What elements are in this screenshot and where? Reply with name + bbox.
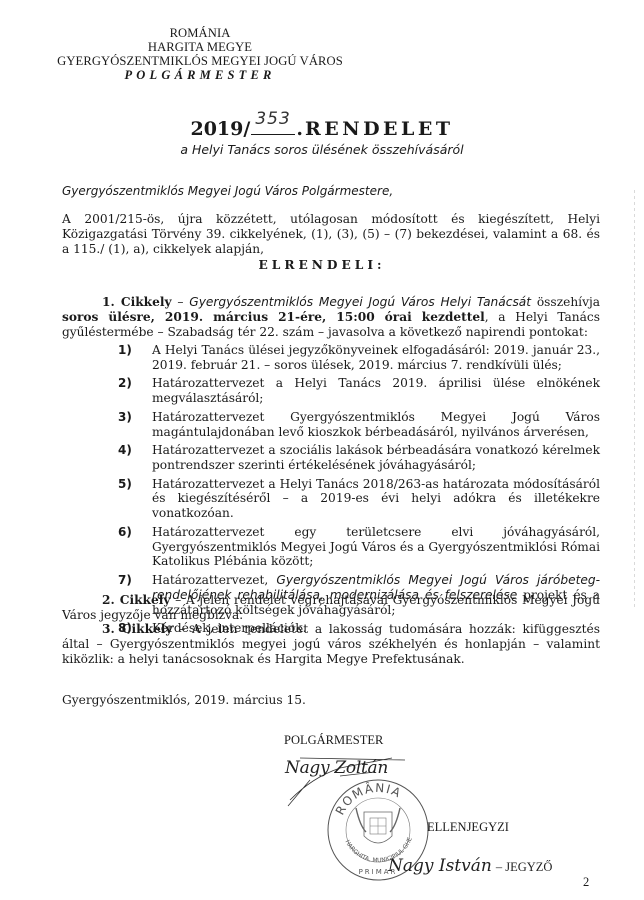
agenda-item-number: 3) xyxy=(118,410,152,440)
article-1-dash: – xyxy=(172,295,190,309)
page-number: 2 xyxy=(583,875,589,890)
agenda-item-text: Határozattervezet a Helyi Tanács 2019. á… xyxy=(152,376,600,406)
legal-basis-paragraph: A 2001/215-ös, újra közzétett, utólagosa… xyxy=(62,212,600,256)
letterhead-county: HARGITA MEGYE xyxy=(0,40,400,54)
agenda-item-number: 4) xyxy=(118,443,152,473)
agenda-item-number: 6) xyxy=(118,525,152,569)
article-1-subject: Gyergyószentmiklós Megyei Jogú Város Hel… xyxy=(189,295,531,309)
decree-number-field: 353 xyxy=(251,118,295,135)
mayor-signature-name: Nagy Zoltán xyxy=(285,758,388,778)
notary-name: Nagy István xyxy=(388,856,492,876)
agenda-item-text: A Helyi Tanács ülései jegyzőkönyveinek e… xyxy=(152,343,600,373)
notary-signature: Nagy István– JEGYZŐ xyxy=(388,856,552,876)
letterhead-country: ROMÁNIA xyxy=(0,26,400,40)
article-1-text1: összehívja xyxy=(531,295,600,309)
agenda-item: 3)Határozattervezet Gyergyószentmiklós M… xyxy=(118,410,600,440)
agenda-item-number: 1) xyxy=(118,343,152,373)
title-dot: . xyxy=(296,118,303,140)
article-1: 1. Cikkely – Gyergyószentmiklós Megyei J… xyxy=(62,295,600,339)
handwritten-decree-number: 353 xyxy=(255,108,290,130)
agenda-item-number: 5) xyxy=(118,477,152,521)
agenda-item: 4)Határozattervezet a szociális lakások … xyxy=(118,443,600,473)
agenda-item-text: Határozattervezet a Helyi Tanács 2018/26… xyxy=(152,477,600,521)
article-3-label: 3. Cikkely xyxy=(102,622,172,636)
title-year: 2019/ xyxy=(190,118,250,140)
document-subtitle: a Helyi Tanács soros ülésének összehívás… xyxy=(0,142,644,157)
agenda-item-text: Határozattervezet egy területcsere elvi … xyxy=(152,525,600,569)
agenda-item-text: Határozattervezet Gyergyószentmiklós Meg… xyxy=(152,410,600,440)
agenda-item-number: 2) xyxy=(118,376,152,406)
agenda-item: 1)A Helyi Tanács ülései jegyzőkönyveinek… xyxy=(118,343,600,373)
agenda-item-text: Határozattervezet a szociális lakások bé… xyxy=(152,443,600,473)
article-3: 3. Cikkely – A jelen rendeletet a lakoss… xyxy=(62,622,600,666)
document-title: 2019/353.RENDELET xyxy=(0,118,644,140)
article-2: 2. Cikkely – A jelen rendelet végrehajtá… xyxy=(62,593,600,623)
letterhead: ROMÁNIA HARGITA MEGYE GYERGYÓSZENTMIKLÓS… xyxy=(0,26,400,82)
mayor-title: POLGÁRMESTER xyxy=(284,733,383,748)
addressee: Gyergyószentmiklós Megyei Jogú Város Pol… xyxy=(62,184,600,199)
article-2-label: 2. Cikkely xyxy=(102,593,170,607)
letterhead-office: POLGÁRMESTER xyxy=(0,68,400,82)
scan-artifact-line xyxy=(634,190,635,610)
decree-heading: ELRENDELI: xyxy=(0,258,644,272)
agenda-item: 2)Határozattervezet a Helyi Tanács 2019.… xyxy=(118,376,600,406)
countersign-label: ELLENJEGYZI xyxy=(427,820,509,835)
title-word: RENDELET xyxy=(305,118,454,140)
article-1-label: 1. Cikkely xyxy=(102,295,172,309)
notary-role: – JEGYZŐ xyxy=(496,860,553,874)
agenda-item: 6)Határozattervezet egy területcsere elv… xyxy=(118,525,600,569)
agenda-item-text-before: Határozattervezet, xyxy=(152,573,276,587)
letterhead-city: GYERGYÓSZENTMIKLÓS MEGYEI JOGÚ VÁROS xyxy=(0,54,400,68)
article-1-session-details: soros ülésre, 2019. március 21-ére, 15:0… xyxy=(62,310,485,324)
place-and-date: Gyergyószentmiklós, 2019. március 15. xyxy=(62,693,306,707)
agenda-item: 5)Határozattervezet a Helyi Tanács 2018/… xyxy=(118,477,600,521)
